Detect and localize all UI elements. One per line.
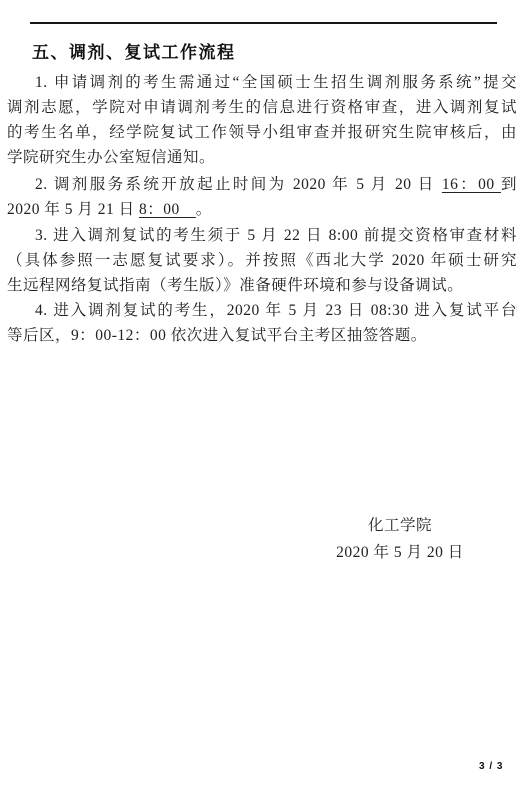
paragraph-3-line-2: （具体参照一志愿复试要求）。并按照《西北大学 2020 年硕士研究	[7, 250, 517, 272]
paragraph-2-line-2: 2020 年 5 月 21 日 8：00 。	[7, 199, 517, 221]
underlined-end-time: 8：00	[139, 201, 196, 218]
paragraph-1-line-3: 的考生名单，经学院复试工作领导小组审查并报研究生院审核后，由	[7, 122, 517, 144]
paragraph-4-line-1: 4. 进入调剂复试的考生，2020 年 5 月 23 日 08:30 进入复试平…	[7, 300, 517, 322]
paragraph-2-line-1-tail: 到	[501, 176, 517, 193]
page-number: 3 / 3	[479, 761, 503, 772]
paragraph-1-line-1: 1. 申请调剂的考生需通过“全国硕士生招生调剂服务系统”提交	[7, 72, 517, 94]
paragraph-2-line-2-text: 2020 年 5 月 21 日	[7, 201, 139, 218]
paragraph-2-line-1-text: 2. 调剂服务系统开放起止时间为 2020 年 5 月 20 日	[35, 176, 442, 193]
signature-org: 化工学院	[330, 515, 470, 537]
paragraph-1-line-2: 调剂志愿，学院对申请调剂考生的信息进行资格审查，进入调剂复试	[7, 97, 517, 119]
document-page: 五、调剂、复试工作流程 1. 申请调剂的考生需通过“全国硕士生招生调剂服务系统”…	[0, 0, 529, 795]
signature-date: 2020 年 5 月 20 日	[330, 542, 470, 564]
header-rule	[30, 22, 497, 24]
paragraph-2-line-2-tail: 。	[196, 201, 212, 218]
paragraph-4-line-2: 等后区，9：00-12：00 依次进入复试平台主考区抽签答题。	[7, 325, 517, 347]
underlined-start-time: 16：00	[442, 176, 501, 193]
section-title: 五、调剂、复试工作流程	[32, 38, 236, 63]
paragraph-3-line-3: 生远程网络复试指南（考生版）》准备硬件环境和参与设备调试。	[7, 275, 517, 297]
paragraph-1-line-4: 学院研究生办公室短信通知。	[7, 147, 517, 169]
paragraph-3-line-1: 3. 进入调剂复试的考生须于 5 月 22 日 8:00 前提交资格审查材料	[7, 225, 517, 247]
paragraph-2-line-1: 2. 调剂服务系统开放起止时间为 2020 年 5 月 20 日 16：00 到	[7, 174, 517, 196]
